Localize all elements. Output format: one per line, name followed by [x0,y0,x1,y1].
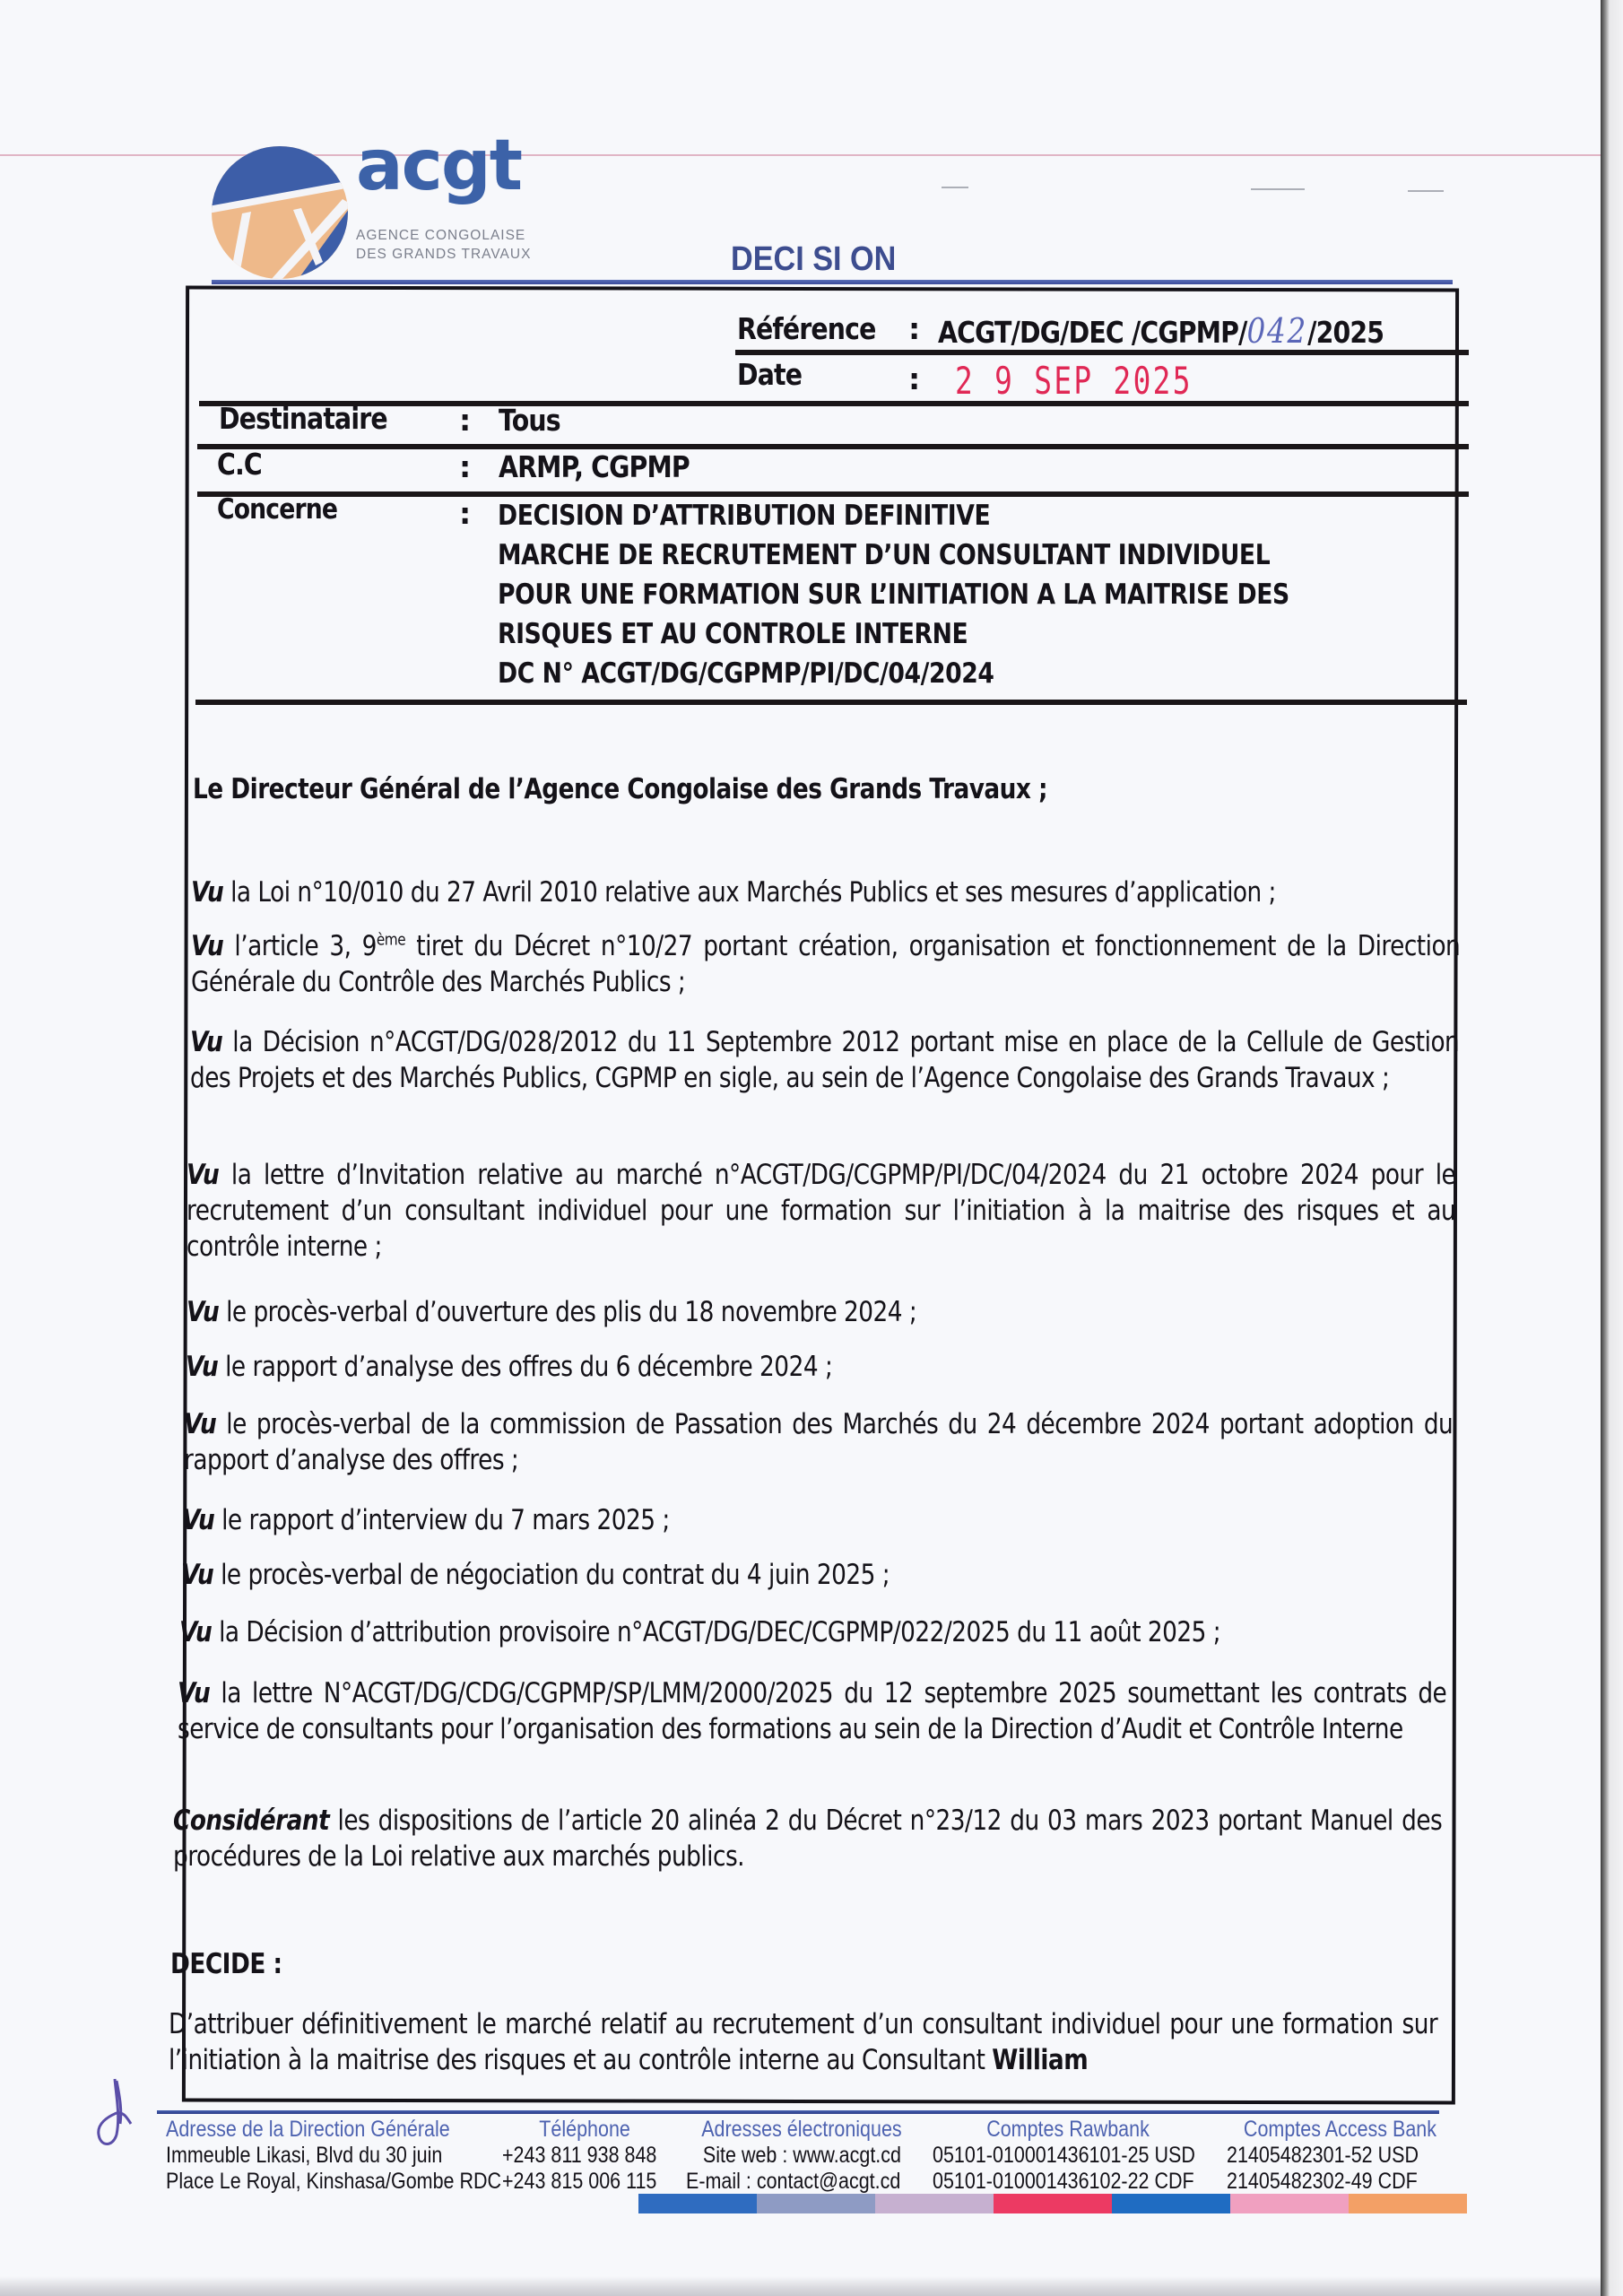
scan-artifact [942,187,968,188]
reference-handwritten-number: 042 [1247,311,1308,351]
scan-page-edge [1601,0,1623,2296]
considerant-text: les dispositions de l’article 20 alinéa … [173,1805,1442,1873]
footer-heading: Adresse de la Direction Générale [166,2117,501,2143]
document-title: DECI SI ON [731,240,896,279]
consideration-text: le procès-verbal de la commission de Pas… [184,1408,1453,1476]
vu-keyword: Vu [187,1296,219,1328]
consideration-9: Vu la Décision d’attribution provisoire … [179,1614,1453,1650]
cc-label: C.C [217,447,262,482]
reference-prefix: ACGT/DG/DEC /CGPMP/ [938,315,1247,350]
vu-keyword: Vu [191,930,223,962]
subject-divider [195,700,1467,705]
consideration-text: la Loi n°10/010 du 27 Avril 2010 relativ… [223,876,1276,909]
logo-subtitle: DES GRANDS TRAVAUX [356,247,531,263]
footer-rawbank: Comptes Rawbank 05101-010001436101-25 US… [933,2117,1195,2195]
footer-account: 21405482302-49 CDF [1227,2169,1436,2195]
considerant-clause: Considérant les dispositions de l’articl… [173,1803,1446,1874]
consideration-2: Vu la Décision n°ACGT/DG/028/2012 du 11 … [190,1024,1463,1096]
recipient-divider [197,444,1469,449]
footer-divider [157,2110,1439,2114]
consideration-text: la Décision d’attribution provisoire n°A… [212,1616,1220,1648]
vu-keyword: Vu [190,1026,222,1058]
subject-line: MARCHE DE RECRUTEMENT D’UN CONSULTANT IN… [498,535,1289,575]
color-bar-segment [875,2194,994,2213]
vu-keyword: Vu [182,1504,214,1536]
superscript: ème [377,931,405,950]
recipient-value: Tous [499,403,560,438]
footer-heading: Téléphone [502,2117,656,2143]
footer-email-link[interactable]: E-mail : contact@acgt.cd [686,2169,902,2195]
consideration-text: la Décision n°ACGT/DG/028/2012 du 11 Sep… [190,1026,1459,1094]
color-bar-segment [1230,2194,1349,2213]
consideration-5: Vu le rapport d’analyse des offres du 6 … [186,1349,1459,1385]
vu-keyword: Vu [186,1351,218,1383]
scan-artifact [1251,188,1305,190]
reference-label: Référence [737,311,875,346]
date-colon: : [908,361,920,396]
consultant-name: William [992,2044,1088,2076]
footer-phone-number[interactable]: +243 811 938 848 [502,2143,656,2169]
reference-underline [735,350,1469,355]
scan-bottom-edge [0,2276,1601,2296]
subject-line: DC N° ACGT/DG/CGPMP/PI/DC/04/2024 [498,654,1289,693]
consideration-0: Vu la Loi n°10/010 du 27 Avril 2010 rela… [191,874,1464,910]
logo-wordmark: acgt [356,126,521,206]
date-stamp: 2 9 SEP 2025 [955,359,1193,403]
subject-lines: DECISION D’ATTRIBUTION DEFINITIVE MARCHE… [498,496,1289,693]
vu-keyword: Vu [187,1159,219,1191]
footer-line: Place Le Royal, Kinshasa/Gombe RDC [166,2169,501,2195]
footer-heading: Adresses électroniques [686,2117,902,2143]
preamble: Le Directeur Général de l’Agence Congola… [193,771,1466,807]
color-bar-segment [994,2194,1112,2213]
considerant-keyword: Considérant [173,1805,329,1837]
footer-website-link[interactable]: Site web : www.acgt.cd [686,2143,902,2169]
consideration-3: Vu la lettre d’Invitation relative au ma… [187,1157,1460,1265]
cc-value: ARMP, CGPMP [499,449,690,484]
footer-address: Adresse de la Direction Générale Immeubl… [166,2117,501,2195]
consideration-text: l’article 3, 9 [223,930,377,962]
footer-phone-number[interactable]: +243 815 006 115 [502,2169,656,2195]
subject-line: DECISION D’ATTRIBUTION DEFINITIVE [498,496,1289,535]
consideration-6: Vu le procès-verbal de la commission de … [184,1406,1457,1478]
color-bar-segment [757,2194,875,2213]
consideration-text: le procès-verbal d’ouverture des plis du… [219,1296,916,1328]
decide-heading: DECIDE : [170,1946,1444,1982]
header-divider [212,280,1453,284]
cc-colon: : [459,449,471,484]
recipient-colon: : [459,403,471,438]
consideration-text: la lettre d’Invitation relative au march… [187,1159,1455,1263]
date-label: Date [737,357,802,392]
consideration-10: Vu la lettre N°ACGT/DG/CDG/CGPMP/SP/LMM/… [178,1675,1451,1747]
reference-colon: : [908,311,920,346]
footer-heading: Comptes Access Bank [1227,2117,1436,2143]
acgt-logo: acgt AGENCE CONGOLAISE DES GRANDS TRAVAU… [208,145,549,280]
color-bar-segment [638,2194,757,2213]
footer-access-bank: Comptes Access Bank 21405482301-52 USD 2… [1227,2117,1436,2195]
subject-colon: : [459,496,471,531]
vu-keyword: Vu [179,1616,212,1648]
vu-keyword: Vu [178,1677,210,1709]
reference-value: ACGT/DG/DEC /CGPMP/042/2025 [938,311,1384,351]
footer-heading: Comptes Rawbank [933,2117,1195,2143]
decision-text: D’attribuer définitivement le marché rel… [169,2008,1437,2076]
consideration-text: le rapport d’interview du 7 mars 2025 ; [214,1504,670,1536]
subject-line: POUR UNE FORMATION SUR L’INITIATION A LA… [498,575,1289,614]
footer-line: Immeuble Likasi, Blvd du 30 juin [166,2143,501,2169]
reference-suffix: /2025 [1307,315,1384,350]
consideration-text: le rapport d’analyse des offres du 6 déc… [218,1351,832,1383]
vu-keyword: Vu [181,1559,213,1591]
consideration-4: Vu le procès-verbal d’ouverture des plis… [187,1294,1460,1330]
footer-account: 05101-010001436102-22 CDF [933,2169,1195,2195]
recipient-label: Destinataire [219,401,387,436]
color-bar-segment [1112,2194,1230,2213]
meta-divider [199,401,1469,406]
subject-label: Concerne [217,493,337,526]
footer-phone: Téléphone +243 811 938 848 +243 815 006 … [502,2117,656,2195]
logo-subtitle: AGENCE CONGOLAISE [356,228,525,244]
scan-artifact [1408,190,1444,192]
consideration-8: Vu le procès-verbal de négociation du co… [181,1557,1454,1593]
initials-signature-icon [90,2072,152,2152]
vu-keyword: Vu [184,1408,216,1440]
vu-keyword: Vu [191,876,223,909]
decide-label: DECIDE : [170,1946,1439,1982]
color-bar-segment [1349,2194,1467,2213]
consideration-text: le procès-verbal de négociation du contr… [213,1559,890,1591]
footer-electronic: Adresses électroniques Site web : www.ac… [686,2117,902,2195]
logo-emblem-icon [208,145,356,280]
footer-account: 05101-010001436101-25 USD [933,2143,1195,2169]
decision-article: D’attribuer définitivement le marché rel… [169,2006,1442,2078]
footer-account: 21405482301-52 USD [1227,2143,1436,2169]
preamble-text: Le Directeur Général de l’Agence Congola… [193,771,1462,807]
subject-line: RISQUES ET AU CONTROLE INTERNE [498,614,1289,654]
consideration-text: la lettre N°ACGT/DG/CDG/CGPMP/SP/LMM/200… [178,1677,1446,1745]
consideration-7: Vu le rapport d’interview du 7 mars 2025… [182,1502,1455,1538]
consideration-1: Vu l’article 3, 9ème tiret du Décret n°1… [191,928,1464,1000]
